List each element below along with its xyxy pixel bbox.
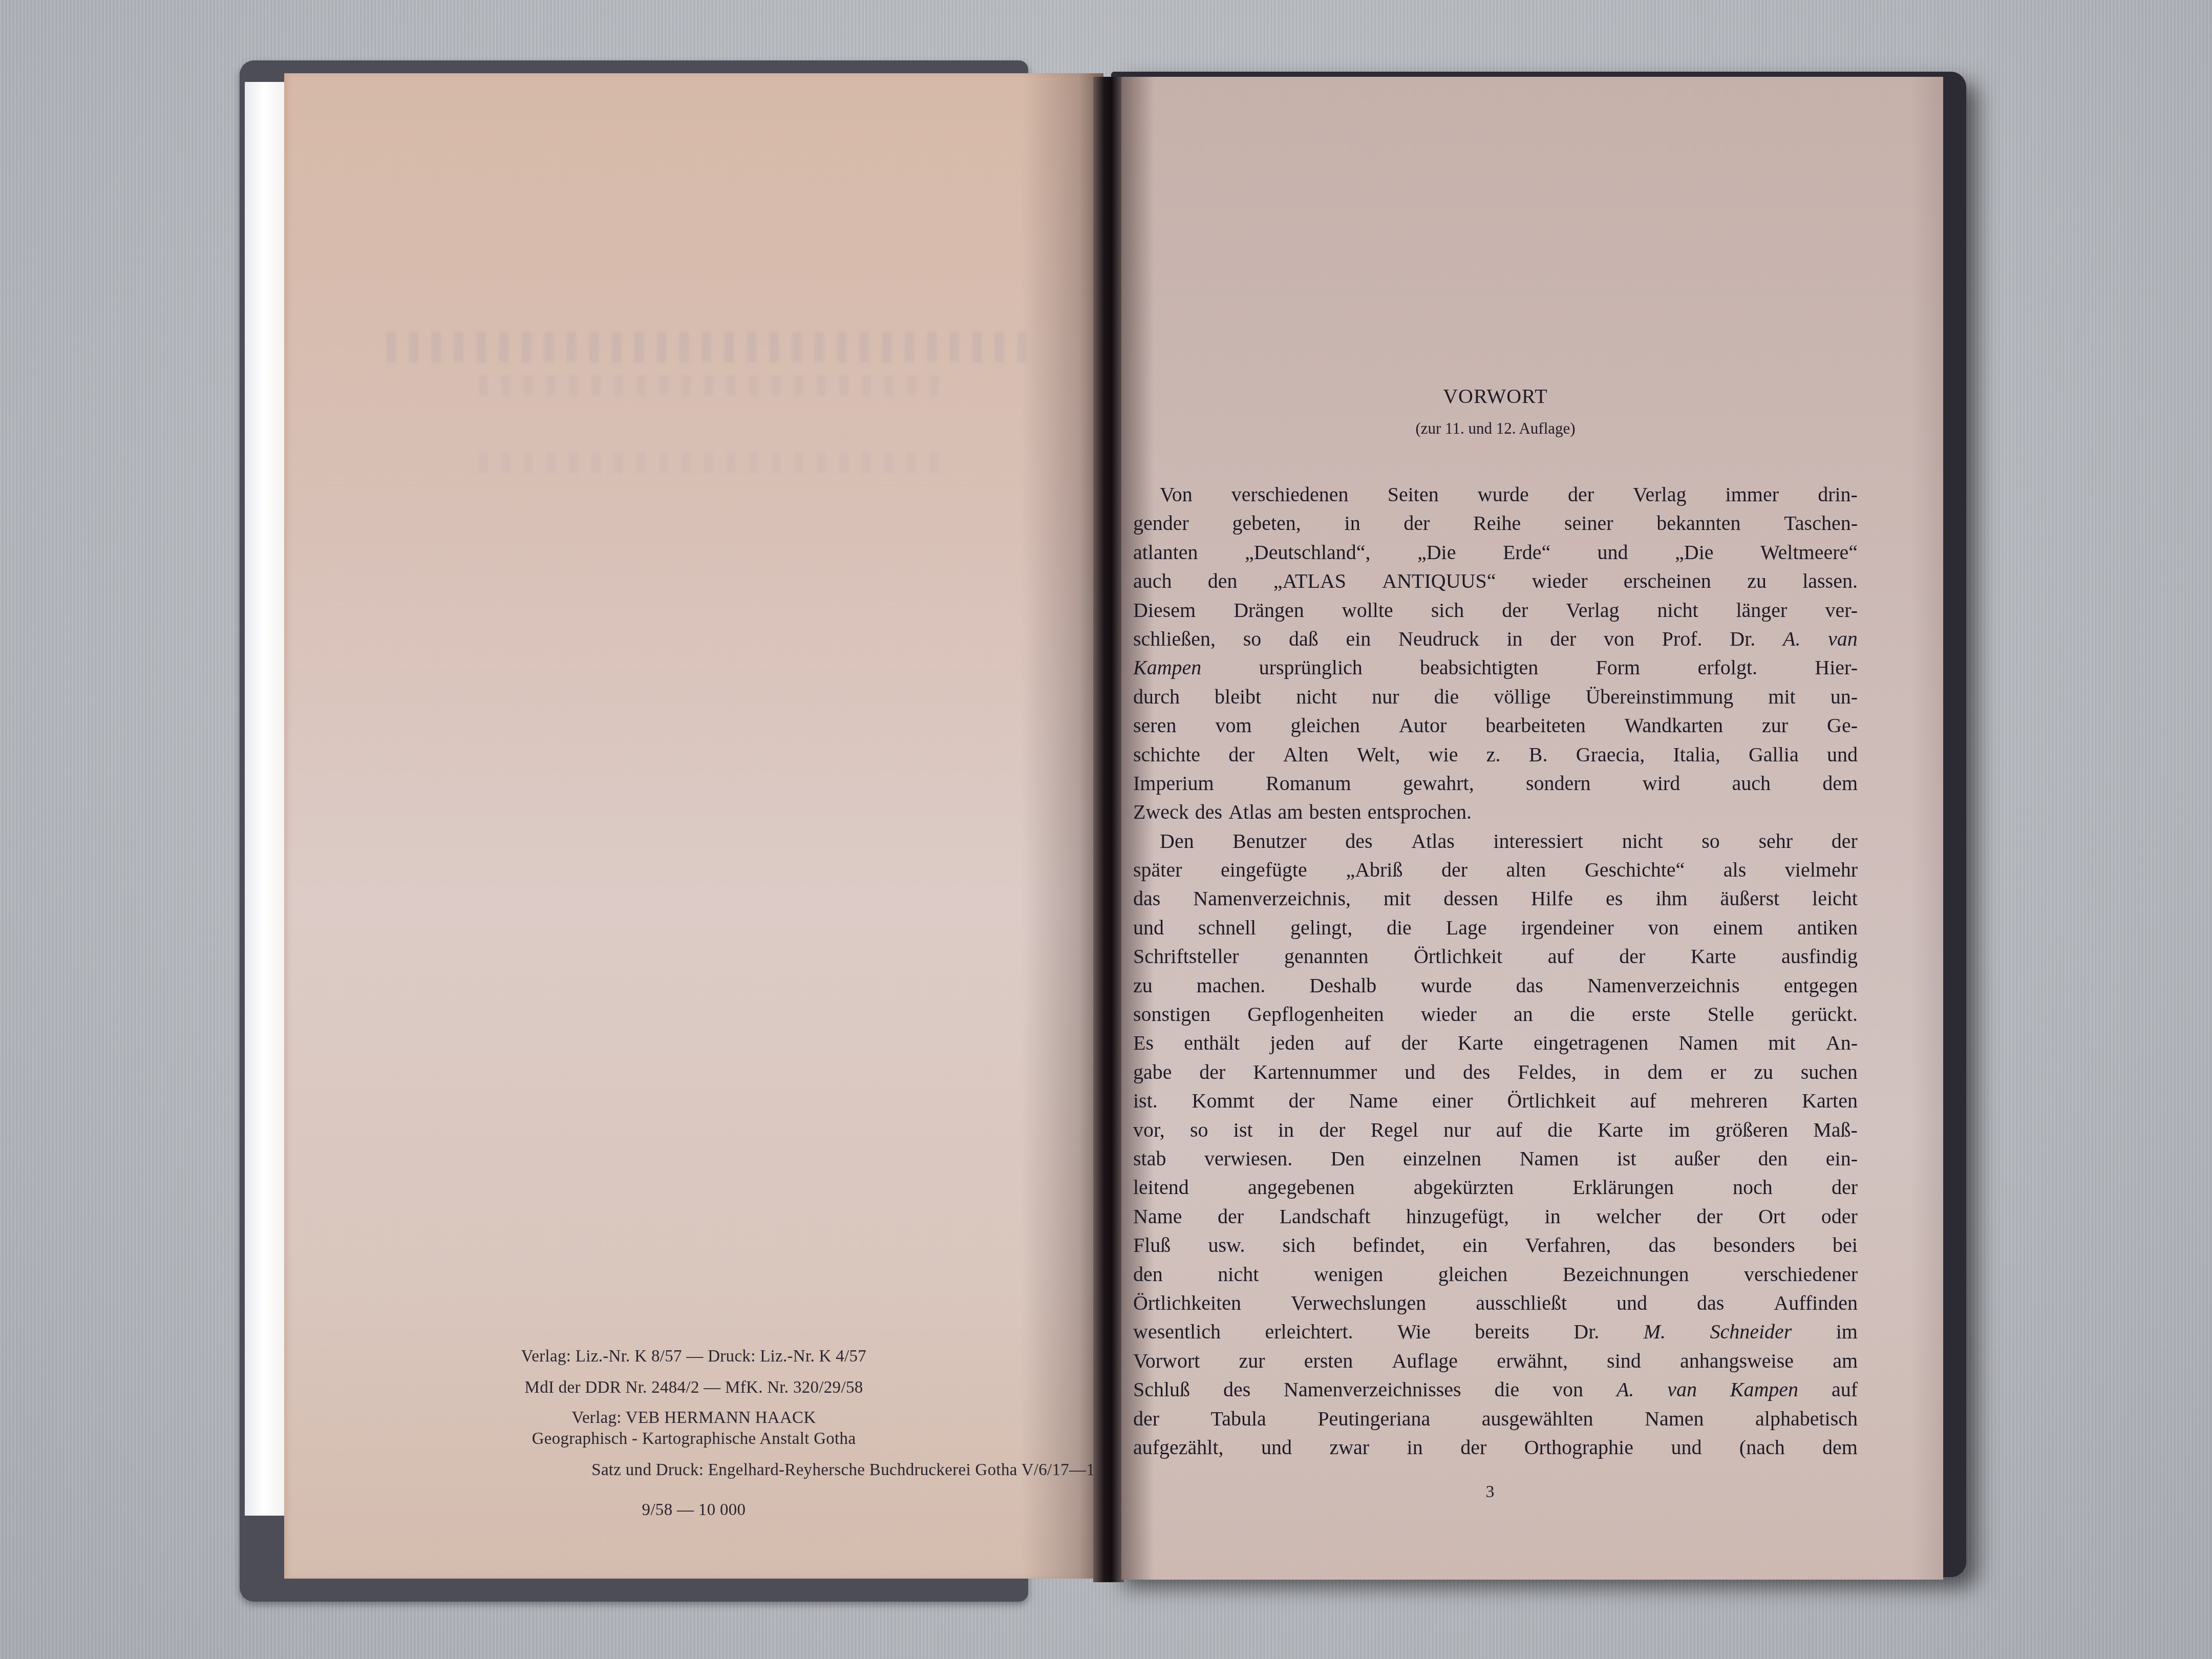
text-line: gendergebeten,inderReiheseinerbekanntenT…: [1133, 509, 1858, 538]
imprint-print-run: 9/58 — 10 000: [284, 1502, 1103, 1519]
text-line: dennichtwenigengleichenBezeichnungenvers…: [1133, 1260, 1858, 1289]
text-line: schließen,sodaßeinNeudruckindervonProf.D…: [1133, 625, 1858, 653]
imprint-mdi-line: MdI der DDR Nr. 2484/2 — MfK. Nr. 320/29…: [284, 1379, 1103, 1396]
text-line: NamederLandschafthinzugefügt,inwelcherde…: [1133, 1202, 1858, 1231]
text-line: durchbleibtnichtnurdievölligeÜbereinstim…: [1133, 683, 1858, 711]
show-through-line: [479, 452, 940, 473]
page-number: 3: [1475, 1482, 1505, 1502]
text-line: sonstigenGepflogenheitenwiederandieerste…: [1133, 1000, 1858, 1029]
show-through-subtitle: [479, 375, 940, 396]
page-block-edge: [245, 82, 286, 1516]
text-line: ist.KommtderNameeinerÖrtlichkeitaufmehre…: [1133, 1087, 1858, 1115]
imprint-license-line: Verlag: Liz.-Nr. K 8/57 — Druck: Liz.-Nr…: [284, 1348, 1103, 1365]
text-line: leitendangegebenenabgekürztenErklärungen…: [1133, 1173, 1858, 1202]
foreword-text-block: VORWORT (zur 11. und 12. Auflage) Vonver…: [1133, 384, 1858, 438]
book-gutter: [1093, 77, 1124, 1582]
text-line: KampenursprünglichbeabsichtigtenFormerfo…: [1133, 653, 1858, 682]
text-line: ImperiumRomanumgewahrt,sondernwirdauchde…: [1133, 769, 1858, 798]
text-line: VonverschiedenenSeitenwurdederVerlagimme…: [1133, 480, 1858, 509]
text-line: dasNamenverzeichnis,mitdessenHilfeesihmä…: [1133, 884, 1858, 913]
text-line: serenvomgleichenAutorbearbeitetenWandkar…: [1133, 711, 1858, 740]
text-line: gabederKartennummerunddesFeldes,indemerz…: [1133, 1058, 1858, 1087]
text-line: DiesemDrängenwolltesichderVerlagnichtlän…: [1133, 596, 1858, 625]
imprint-publisher-line: Verlag: VEB HERMANN HAACK: [284, 1410, 1103, 1427]
page-subtitle: (zur 11. und 12. Auflage): [1133, 419, 1858, 438]
text-line: spätereingefügte„AbrißderaltenGeschichte…: [1133, 856, 1858, 884]
text-line: Flußusw.sichbefindet,einVerfahren,dasbes…: [1133, 1231, 1858, 1260]
text-line: SchlußdesNamenverzeichnissesdievonA.vanK…: [1133, 1375, 1858, 1404]
text-line: wesentlicherleichtert.WiebereitsDr.M.Sch…: [1133, 1317, 1858, 1346]
text-line: ÖrtlichkeitenVerwechslungenausschließtun…: [1133, 1289, 1858, 1317]
text-line: DenBenutzerdesAtlasinteressiertnichtsose…: [1133, 827, 1858, 856]
text-line: SchriftstellergenanntenÖrtlichkeitaufder…: [1133, 942, 1858, 971]
text-line: undschnellgelingt,dieLageirgendeinervone…: [1133, 913, 1858, 942]
foreword-body: VonverschiedenenSeitenwurdederVerlagimme…: [1133, 480, 1858, 1462]
text-line: schichtederAltenWelt,wiez.B.Graecia,Ital…: [1133, 740, 1858, 769]
text-line: derTabulaPeutingerianaausgewähltenNamena…: [1133, 1405, 1858, 1433]
text-line: VorwortzurerstenAuflageerwähnt,sindanhan…: [1133, 1347, 1858, 1375]
text-line: zumachen.DeshalbwurdedasNamenverzeichnis…: [1133, 971, 1858, 1000]
text-line: EsenthältjedenaufderKarteeingetragenenNa…: [1133, 1029, 1858, 1057]
imprint-printer-line: Satz und Druck: Engelhard-Reyhersche Buc…: [253, 1462, 1103, 1479]
text-line: stabverwiesen.DeneinzelnenNamenistaußerd…: [1133, 1144, 1858, 1173]
text-line: auchden„ATLASANTIQUUS“wiedererscheinenzu…: [1133, 567, 1858, 595]
left-page: Verlag: Liz.-Nr. K 8/57 — Druck: Liz.-Nr…: [284, 73, 1103, 1579]
imprint-institute-line: Geographisch - Kartographische Anstalt G…: [284, 1431, 1103, 1448]
page-title: VORWORT: [1133, 384, 1858, 408]
text-line: ZweckdesAtlasambestenentsprochen.: [1133, 798, 1858, 826]
text-line: vor,soistinderRegelnuraufdieKarteimgröße…: [1133, 1116, 1858, 1144]
text-line: atlanten„Deutschland“,„DieErde“und„DieWe…: [1133, 538, 1858, 567]
show-through-title: [387, 332, 1027, 363]
text-line: aufgezählt,undzwarinderOrthographieund(n…: [1133, 1433, 1858, 1462]
